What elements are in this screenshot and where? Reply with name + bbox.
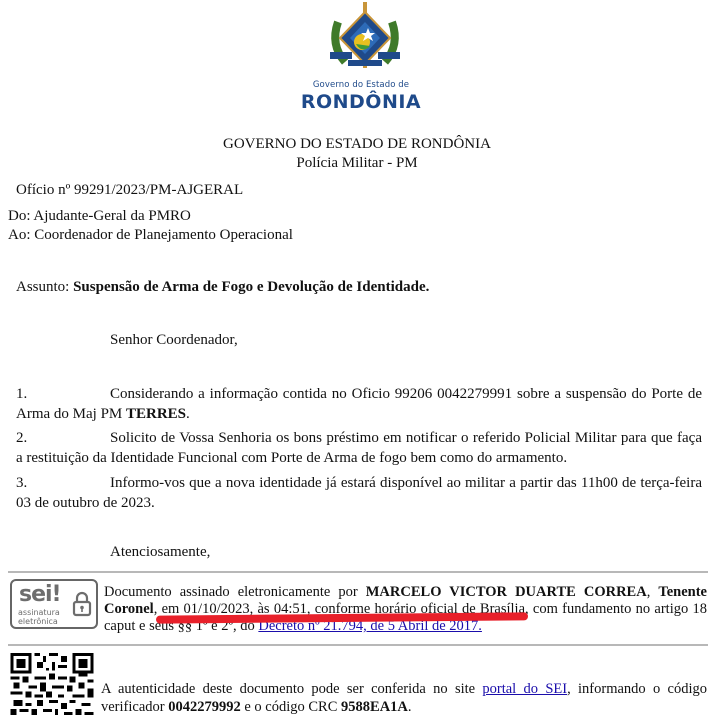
logo-caption: Governo do Estado de RONDÔNIA — [300, 80, 422, 113]
paragraph-text: Solicito de Vossa Senhoria os bons prést… — [16, 430, 702, 466]
divider — [8, 644, 708, 646]
officer-name: TERRES — [126, 406, 186, 422]
logo-caption-state: RONDÔNIA — [300, 91, 422, 113]
signer-name: MARCELO VICTOR DUARTE CORREA — [366, 584, 647, 600]
paragraph-number: 3. — [16, 473, 110, 493]
subject-label: Assunto: — [16, 279, 73, 295]
sei-signature-badge: sei! assinatura eletrônica — [10, 579, 98, 629]
verifier-code: 0042279992 — [168, 699, 241, 715]
paragraph-1: 1.Considerando a informação contida no O… — [16, 384, 702, 424]
paragraph-3: 3.Informo-vos que a nova identidade já e… — [16, 473, 702, 513]
authenticity-text: A autenticidade deste documento pode ser… — [101, 680, 707, 715]
org-title: GOVERNO DO ESTADO DE RONDÔNIA — [0, 136, 714, 153]
salutation: Senhor Coordenador, — [110, 332, 238, 349]
signature-text: Documento assinado eletronicamente por M… — [104, 584, 707, 635]
sei-logo: sei! — [19, 582, 61, 607]
sei-portal-link[interactable]: portal do SEI — [482, 681, 567, 697]
paragraph-text: Considerando a informação contida no Ofi… — [16, 386, 702, 422]
paragraph-2: 2.Solicito de Vossa Senhoria os bons pré… — [16, 428, 702, 468]
paragraph-number: 2. — [16, 428, 110, 448]
subject-text: Suspensão de Arma de Fogo e Devolução de… — [73, 279, 429, 295]
org-subtitle: Polícia Militar - PM — [0, 155, 714, 172]
coat-of-arms-icon — [300, 0, 430, 80]
document-to: Ao: Coordenador de Planejamento Operacio… — [8, 227, 293, 244]
document-reference: Ofício nº 99291/2023/PM-AJGERAL — [16, 182, 243, 199]
sei-badge-caption: assinatura eletrônica — [18, 608, 60, 626]
qr-code — [10, 653, 94, 715]
closing: Atenciosamente, — [110, 544, 210, 561]
divider — [8, 571, 708, 573]
logo-caption-government: Governo do Estado de — [300, 80, 422, 90]
lock-icon — [72, 591, 92, 617]
paragraph-text: Informo-vos que a nova identidade já est… — [16, 475, 702, 511]
document-from: Do: Ajudante-Geral da PMRO — [8, 208, 191, 225]
document-subject: Assunto: Suspensão de Arma de Fogo e Dev… — [16, 279, 429, 296]
paragraph-number: 1. — [16, 384, 110, 404]
crc-code: 9588EA1A — [341, 699, 408, 715]
